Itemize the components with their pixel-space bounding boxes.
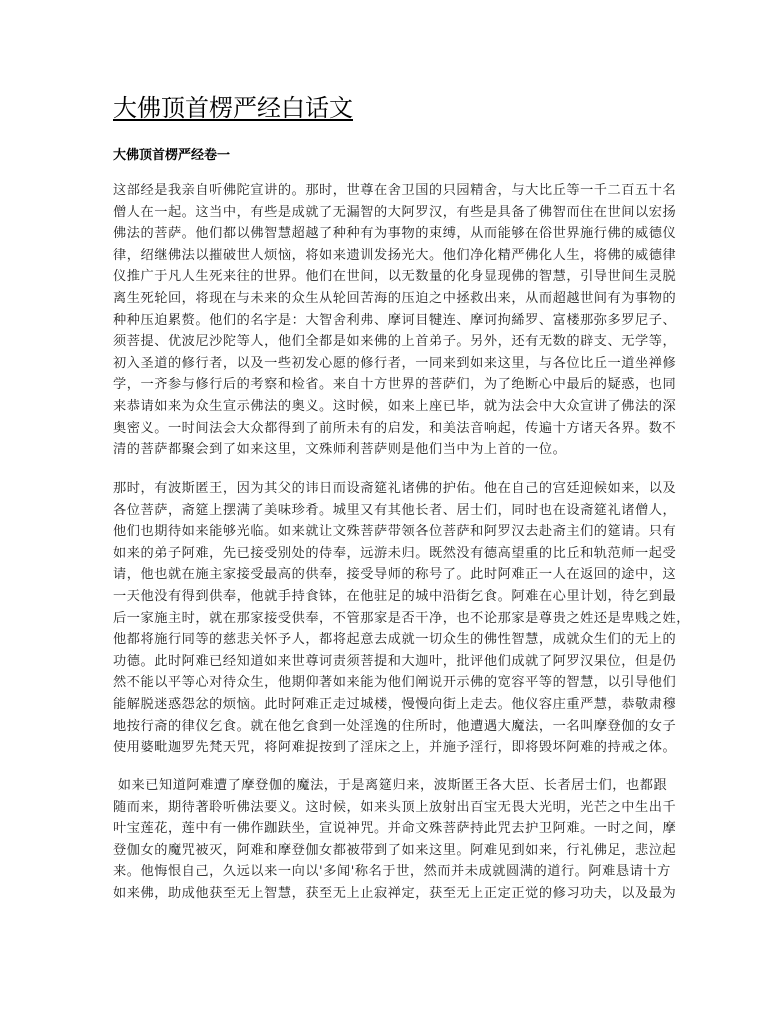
text-line: 各位菩萨，斋筵上摆满了美味珍肴。城里又有其他长者、居士们，同时也在设斋筵礼诸僧人… xyxy=(113,500,658,522)
text-line: 律，绍继佛法以摧破世人烦恼，将如来遗训发扬光大。他们净化精严佛化人生，将佛的威德… xyxy=(113,245,658,267)
text-line: 须菩提、优波尼沙陀等人，他们全都是如来佛的上首弟子。另外，还有无数的辟支、无学等… xyxy=(113,331,658,353)
text-line: 仪推广于凡人生死来往的世界。他们在世间，以无数量的化身显现佛的智慧，引导世间生灵… xyxy=(113,266,658,288)
text-line: 这部经是我亲自听佛陀宣讲的。那时，世尊在舍卫国的只园精舍，与大比丘等一千二百五十… xyxy=(113,180,658,202)
text-line: 叶宝莲花，莲中有一佛作跏趺坐，宣说神咒。并命文殊菩萨持此咒去护卫阿难。一时之间，… xyxy=(113,818,658,840)
text-line: 那时，有波斯匿王，因为其父的讳日而设斋筵礼诸佛的护佑。他在自己的宫廷迎候如来，以… xyxy=(113,478,658,500)
text-line: 佛法的菩萨。他们都以佛智慧超越了种种有为事物的束缚，从而能够在俗世界施行佛的威德… xyxy=(113,223,658,245)
text-line: 僧人在一起。这当中，有些是成就了无漏智的大阿罗汉，有些是具备了佛智而住在世间以宏… xyxy=(113,202,658,224)
text-line: 然不能以平等心对待众生，他期仰著如来能为他们阐说开示佛的宽容平等的智慧，以引导他… xyxy=(113,672,658,694)
text-line: 后一家施主时，就在那家接受供奉，不管那家是否干净，也不论那家是尊贵之姓还是卑贱之… xyxy=(113,608,658,630)
text-line: 地按行斋的律仪乞食。就在他乞食到一处淫逸的住所时，他遭遇大魔法，一名叫摩登伽的女… xyxy=(113,716,658,738)
chapter-heading: 大佛顶首楞严经卷一 xyxy=(113,148,230,164)
text-line: 如来佛，助成他获至无上智慧，获至无上止寂禅定，获至无上正定正觉的修习功夫，以及最… xyxy=(113,883,658,905)
text-line: 登伽女的魔咒被灭，阿难和摩登伽女都被带到了如来这里。阿难见到如来，行礼佛足，悲泣… xyxy=(113,840,658,862)
text-line: 如来已知道阿难遭了摩登伽的魔法，于是离筵归来，波斯匿王各大臣、长者居士们，也都跟 xyxy=(113,775,658,797)
text-line: 一天他没有得到供奉，他就手持食钵，在他驻足的城中沿街乞食。阿难在心里计划，待乞到… xyxy=(113,586,658,608)
text-line: 清的菩萨都聚会到了如来这里，文殊师利菩萨则是他们当中为上首的一位。 xyxy=(113,439,658,461)
text-line: 奥密义。一时间法会大众都得到了前所未有的启发，和美法音响起，传遍十方诸天各界。数… xyxy=(113,418,658,440)
paragraph-1: 这部经是我亲自听佛陀宣讲的。那时，世尊在舍卫国的只园精舍，与大比丘等一千二百五十… xyxy=(113,180,658,461)
text-line: 来恭请如来为众生宣示佛法的奥义。这时候，如来上座已毕，就为法会中大众宣讲了佛法的… xyxy=(113,396,658,418)
paragraph-3: 如来已知道阿难遭了摩登伽的魔法，于是离筵归来，波斯匿王各大臣、长者居士们，也都跟… xyxy=(113,775,658,905)
text-line: 随而来，期待著聆听佛法要义。这时候，如来头顶上放射出百宝无畏大光明，光芒之中生出… xyxy=(113,797,658,819)
text-line: 他们也期待如来能够光临。如来就让文殊菩萨带领各位菩萨和阿罗汉去赴斋主们的筵请。只… xyxy=(113,521,658,543)
document-title: 大佛顶首楞严经白话文 xyxy=(113,94,353,122)
text-line: 来。他悔恨自己，久远以来一向以'多闻'称名于世，然而并未成就圆满的道行。阿难恳请… xyxy=(113,861,658,883)
text-line: 他都将施行同等的慈悲关怀予人，都将起意去成就一切众生的佛性智慧，成就众生们的无上… xyxy=(113,629,658,651)
text-line: 如来的弟子阿难，先已接受别处的侍奉，远游未归。既然没有德高望重的比丘和轨范师一起… xyxy=(113,543,658,565)
text-line: 请，他也就在施主家接受最高的供奉，接受导师的称号了。此时阿难正一人在返回的途中，… xyxy=(113,564,658,586)
paragraph-2: 那时，有波斯匿王，因为其父的讳日而设斋筵礼诸佛的护佑。他在自己的宫廷迎候如来，以… xyxy=(113,478,658,759)
text-line: 种种压迫累赘。他们的名字是：大智舍利弗、摩诃目犍连、摩诃拘絺罗、富楼那弥多罗尼子… xyxy=(113,310,658,332)
text-line: 能解脱迷惑怨忿的烦恼。此时阿难正走过城楼，慢慢向街上走去。他仪容庄重严慧，恭敬肃… xyxy=(113,694,658,716)
text-line: 初入圣道的修行者，以及一些初发心愿的修行者，一同来到如来这里，与各位比丘一道坐禅… xyxy=(113,353,658,375)
text-line: 功德。此时阿难已经知道如来世尊诃责须菩提和大迦叶，批评他们成就了阿罗汉果位，但是… xyxy=(113,651,658,673)
text-line: 离生死轮回，将现在与未来的众生从轮回苦海的压迫之中拯救出来，从而超越世间有为事物… xyxy=(113,288,658,310)
text-line: 学，一齐参与修行后的考察和检省。来自十方世界的菩萨们，为了绝断心中最后的疑惑，也… xyxy=(113,374,658,396)
text-line: 使用婆毗迦罗先梵天咒，将阿难捉按到了淫床之上，并施予淫行，即将毁坏阿难的持戒之体… xyxy=(113,737,658,759)
